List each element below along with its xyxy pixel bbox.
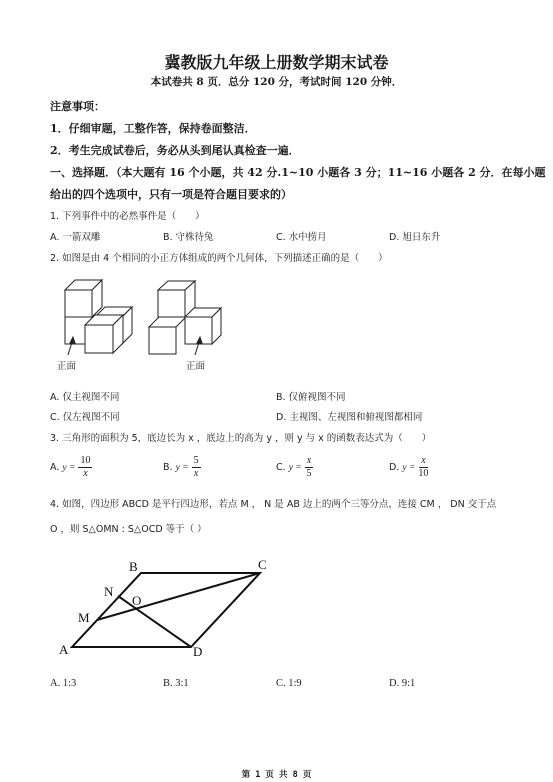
page-footer: 第 1 页 共 8 页 [0, 768, 553, 780]
question-4-stem-line1: 4. 如图，四边形 ABCD 是平行四边形，若点 M ， N 是 AB 边上的两… [50, 496, 496, 510]
fraction: x5 [305, 455, 313, 480]
note-item-2: 2．考生完成试卷后，务必从头到尾认真检查一遍． [50, 142, 300, 158]
question-1-stem: 1. 下列事件中的必然事件是（ ） [50, 208, 205, 222]
question-4-option-c: C. 1:9 [276, 678, 302, 689]
fraction: x10 [418, 455, 428, 480]
question-1-option-a: A. 一箭双雕 [50, 229, 100, 243]
question-1-option-d: D. 旭日东升 [389, 229, 440, 243]
figure-label-front-left: 正面 [57, 358, 76, 372]
question-2-option-c: C. 仅左视图不同 [50, 409, 120, 423]
option-lhs: y = [402, 463, 415, 473]
page-subtitle: 本试卷共 8 页．总分 120 分，考试时间 120 分钟． [0, 74, 553, 89]
question-2-option-a: A. 仅主视图不同 [50, 389, 119, 403]
figure-label-front-right: 正面 [186, 358, 205, 372]
label-o: O [132, 593, 141, 608]
note-item-1: 1．仔细审题，工整作答，保持卷面整洁． [50, 120, 256, 136]
option-lhs: y = [289, 463, 302, 473]
label-n: N [104, 584, 114, 599]
question-3-stem: 3. 三角形的面积为 5，底边长为 x ，底边上的高为 y ，则 y 与 x 的… [50, 430, 431, 444]
question-2-stem: 2. 如图是由 4 个相同的小正方体组成的两个几何体，下列描述正确的是（ ） [50, 250, 388, 264]
question-3-option-a: A. y = 10x [50, 455, 92, 480]
parallelogram-figure: B C N O M A D [40, 550, 300, 670]
question-4-option-d: D. 9:1 [389, 678, 415, 689]
question-2-option-b: B. 仅俯视图不同 [276, 389, 346, 403]
fraction: 10x [78, 455, 92, 480]
option-label: B. [163, 462, 173, 473]
question-1-option-b: B. 守株待兔 [163, 229, 214, 243]
option-lhs: y = [176, 463, 189, 473]
question-1-option-c: C. 水中捞月 [276, 229, 327, 243]
question-2-option-d: D. 主视图、左视图和俯视图都相同 [276, 409, 422, 423]
section-heading-line2: 给出的四个选项中，只有一项是符合题目要求的） [50, 186, 292, 202]
label-c: C [258, 557, 267, 572]
option-lhs: y = [62, 463, 75, 473]
label-a: A [59, 642, 69, 657]
section-heading-line1: 一、选择题．（本大题有 16 个小题，共 42 分.1~10 小题各 3 分；1… [50, 164, 546, 180]
page-title: 冀教版九年级上册数学期末试卷 [0, 50, 553, 73]
label-d: D [193, 644, 202, 659]
question-4-stem-line2: O ，则 S△OMN : S△OCD 等于（ ） [50, 521, 207, 535]
question-3-option-c: C. y = x5 [276, 455, 313, 480]
question-4-option-a: A. 1:3 [50, 678, 76, 689]
notes-heading: 注意事项： [50, 98, 105, 114]
option-label: C. [276, 462, 286, 473]
option-label: D. [389, 462, 399, 473]
label-b: B [129, 559, 138, 574]
option-label: A. [50, 462, 59, 473]
label-m: M [78, 610, 90, 625]
question-4-option-b: B. 3:1 [163, 678, 189, 689]
question-3-option-d: D. y = x10 [389, 455, 428, 480]
fraction: 5x [192, 455, 201, 480]
question-3-option-b: B. y = 5x [163, 455, 201, 480]
